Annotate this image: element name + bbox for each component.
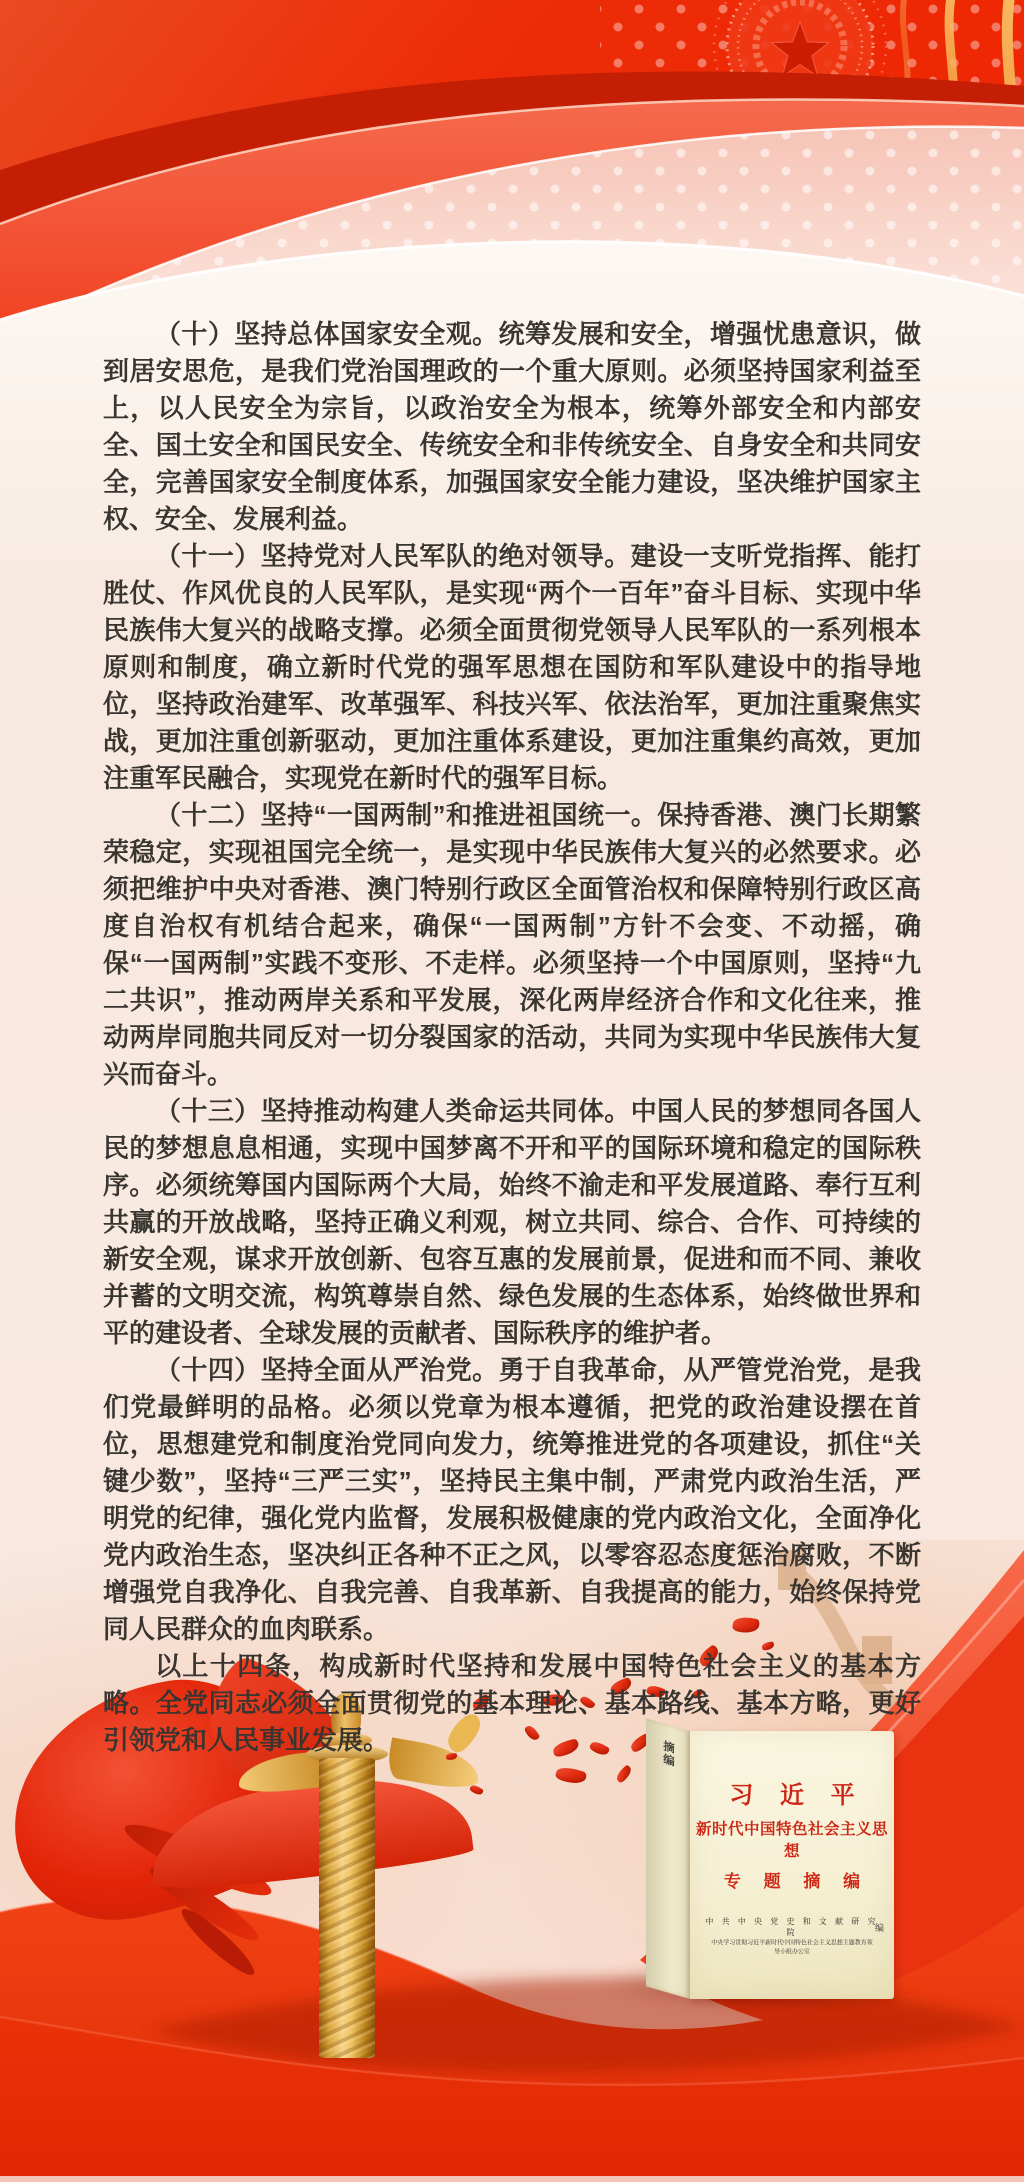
book-publisher-line2: 中央学习贯彻习近平新时代中国特色社会主义思想主题教育领导小组办公室 bbox=[711, 1939, 873, 1957]
book-spine: 习近平新时代中国特色社会主义思想专题摘编 bbox=[646, 1718, 690, 1999]
paragraph-11: （十一）坚持党对人民军队的绝对领导。建设一支听党指挥、能打胜仗、作风优良的人民军… bbox=[103, 538, 921, 797]
book-publisher-block: 中 共 中 央 党 史 和 文 献 研 究 院 中央学习贯彻习近平新时代中国特色… bbox=[704, 1916, 880, 1958]
paragraph-closing: 以上十四条，构成新时代坚持和发展中国特色社会主义的基本方略。全党同志必须全面贯彻… bbox=[103, 1648, 921, 1759]
book-title-line1: 习 近 平 bbox=[690, 1775, 894, 1810]
paragraph-10: （十）坚持总体国家安全观。统筹发展和安全，增强忧患意识，做到居安思危，是我们党治… bbox=[103, 316, 921, 538]
book-title-line3: 专 题 摘 编 bbox=[690, 1867, 894, 1892]
paragraph-12: （十二）坚持“一国两制”和推进祖国统一。保持香港、澳门长期繁荣稳定，实现祖国完全… bbox=[103, 797, 921, 1093]
book-title-line2: 新时代中国特色社会主义思想 bbox=[690, 1817, 894, 1861]
book-cover: 习 近 平 新时代中国特色社会主义思想 专 题 摘 编 中 共 中 央 党 史 … bbox=[690, 1731, 894, 1999]
paragraph-14: （十四）坚持全面从严治党。勇于自我革命，从严管党治党，是我们党最鲜明的品格。必须… bbox=[103, 1352, 921, 1648]
book-editor-suffix: 编 bbox=[875, 1921, 884, 1934]
bottom-edge-strip bbox=[0, 2176, 1024, 2182]
poster-root: 习近平新时代中国特色社会主义思想专题摘编 习 近 平 新时代中国特色社会主义思想… bbox=[0, 0, 1024, 2182]
body-text: （十）坚持总体国家安全观。统筹发展和安全，增强忧患意识，做到居安思危，是我们党治… bbox=[103, 316, 921, 1759]
paragraph-13: （十三）坚持推动构建人类命运共同体。中国人民的梦想同各国人民的梦想息息相通，实现… bbox=[103, 1093, 921, 1352]
book-publisher-line1: 中 共 中 央 党 史 和 文 献 研 究 院 bbox=[704, 1916, 880, 1938]
